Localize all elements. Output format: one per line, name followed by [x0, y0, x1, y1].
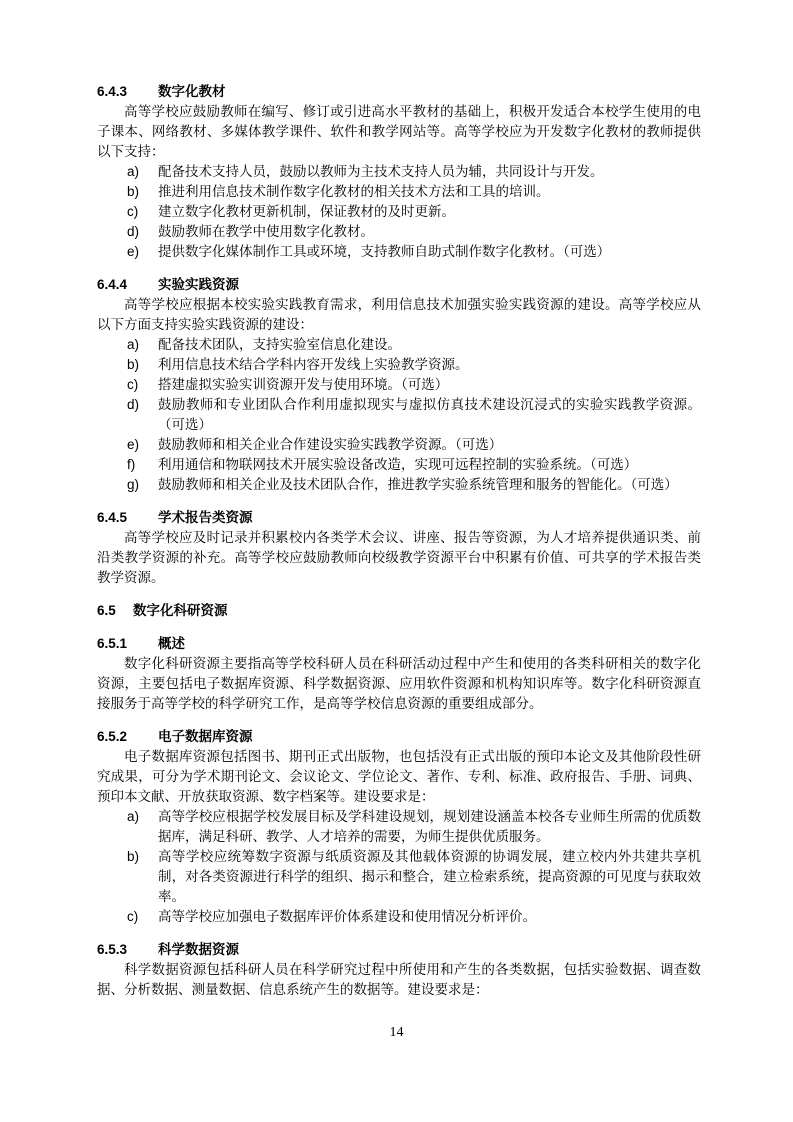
- list-item-label: b): [127, 182, 158, 202]
- list-item-label: f): [127, 455, 158, 475]
- list-item: d) 鼓励教师和专业团队合作利用虚拟现实与虚拟仿真技术建设沉浸式的实验实践教学资…: [97, 395, 701, 435]
- list-item: e) 鼓励教师和相关企业合作建设实验实践教学资源。（可选）: [97, 435, 701, 455]
- paragraph: 高等学校应根据本校实验实践教育需求，利用信息技术加强实验实践资源的建设。高等学校…: [97, 295, 701, 335]
- heading-title: 数字化科研资源: [133, 603, 228, 618]
- list-item-label: b): [127, 355, 158, 375]
- list-item-label: c): [127, 202, 158, 222]
- section-heading-6-4-5: 6.4.5学术报告类资源: [97, 508, 701, 528]
- list-item: f) 利用通信和物联网技术开展实验设备改造，实现可远程控制的实验系统。（可选）: [97, 455, 701, 475]
- list-item-text: 高等学校应统筹数字资源与纸质资源及其他载体资源的协调发展，建立校内外共建共享机制…: [158, 847, 701, 907]
- paragraph: 电子数据库资源包括图书、期刊正式出版物，也包括没有正式出版的预印本论文及其他阶段…: [97, 747, 701, 807]
- list-item-label: e): [127, 242, 158, 262]
- heading-number: 6.5: [97, 601, 133, 621]
- list-item-label: g): [127, 475, 158, 495]
- list-item-text: 鼓励教师和相关企业合作建设实验实践教学资源。（可选）: [158, 435, 701, 455]
- list-item-label: c): [127, 907, 158, 927]
- list-item: d) 鼓励教师在教学中使用数字化教材。: [97, 222, 701, 242]
- list-item-label: a): [127, 335, 158, 355]
- list-item: a) 配备技术支持人员，鼓励以教师为主技术支持人员为辅，共同设计与开发。: [97, 162, 701, 182]
- list-item: b) 推进利用信息技术制作数字化教材的相关技术方法和工具的培训。: [97, 182, 701, 202]
- list-item: c) 高等学校应加强电子数据库评价体系建设和使用情况分析评价。: [97, 907, 701, 927]
- list-item-label: d): [127, 395, 158, 435]
- list-item-text: 配备技术支持人员，鼓励以教师为主技术支持人员为辅，共同设计与开发。: [158, 162, 701, 182]
- list-item: g) 鼓励教师和相关企业及技术团队合作，推进教学实验系统管理和服务的智能化。（可…: [97, 475, 701, 495]
- list-item-text: 高等学校应加强电子数据库评价体系建设和使用情况分析评价。: [158, 907, 701, 927]
- list-item-text: 提供数字化媒体制作工具或环境，支持教师自助式制作数字化教材。（可选）: [158, 242, 701, 262]
- list-item: c) 搭建虚拟实验实训资源开发与使用环境。（可选）: [97, 375, 701, 395]
- list-item-label: e): [127, 435, 158, 455]
- list-item: a) 高等学校应根据学校发展目标及学科建设规划，规划建设涵盖本校各专业师生所需的…: [97, 807, 701, 847]
- heading-title: 数字化教材: [158, 84, 226, 99]
- list-item-label: a): [127, 807, 158, 847]
- list-item-label: b): [127, 847, 158, 907]
- list-item-text: 鼓励教师在教学中使用数字化教材。: [158, 222, 701, 242]
- document-body: 6.4.3数字化教材 高等学校应鼓励教师在编写、修订或引进高水平教材的基础上，积…: [97, 82, 701, 1000]
- paragraph: 高等学校应鼓励教师在编写、修订或引进高水平教材的基础上，积极开发适合本校学生使用…: [97, 102, 701, 162]
- list-item-text: 鼓励教师和专业团队合作利用虚拟现实与虚拟仿真技术建设沉浸式的实验实践教学资源。（…: [158, 395, 701, 435]
- heading-title: 学术报告类资源: [158, 510, 253, 525]
- heading-title: 科学数据资源: [158, 942, 239, 957]
- section-heading-6-5-1: 6.5.1概述: [97, 634, 701, 654]
- paragraph: 科学数据资源包括科研人员在科学研究过程中所使用和产生的各类数据，包括实验数据、调…: [97, 960, 701, 1000]
- list-item-text: 利用通信和物联网技术开展实验设备改造，实现可远程控制的实验系统。（可选）: [158, 455, 701, 475]
- paragraph: 数字化科研资源主要指高等学校科研人员在科研活动过程中产生和使用的各类科研相关的数…: [97, 654, 701, 714]
- section-heading-6-5-3: 6.5.3科学数据资源: [97, 940, 701, 960]
- list-item: b) 高等学校应统筹数字资源与纸质资源及其他载体资源的协调发展，建立校内外共建共…: [97, 847, 701, 907]
- list-item-text: 搭建虚拟实验实训资源开发与使用环境。（可选）: [158, 375, 701, 395]
- section-heading-6-4-3: 6.4.3数字化教材: [97, 82, 701, 102]
- heading-number: 6.4.3: [97, 82, 158, 102]
- list-item: a) 配备技术团队，支持实验室信息化建设。: [97, 335, 701, 355]
- lettered-list: a) 高等学校应根据学校发展目标及学科建设规划，规划建设涵盖本校各专业师生所需的…: [97, 807, 701, 927]
- section-heading-6-5: 6.5数字化科研资源: [97, 601, 701, 621]
- section-heading-6-4-4: 6.4.4实验实践资源: [97, 275, 701, 295]
- list-item-text: 鼓励教师和相关企业及技术团队合作，推进教学实验系统管理和服务的智能化。（可选）: [158, 475, 701, 495]
- list-item-label: c): [127, 375, 158, 395]
- heading-number: 6.5.1: [97, 634, 158, 654]
- lettered-list: a) 配备技术支持人员，鼓励以教师为主技术支持人员为辅，共同设计与开发。 b) …: [97, 162, 701, 262]
- list-item-label: a): [127, 162, 158, 182]
- lettered-list: a) 配备技术团队，支持实验室信息化建设。 b) 利用信息技术结合学科内容开发线…: [97, 335, 701, 495]
- heading-number: 6.5.2: [97, 727, 158, 747]
- list-item-text: 配备技术团队，支持实验室信息化建设。: [158, 335, 701, 355]
- list-item-text: 推进利用信息技术制作数字化教材的相关技术方法和工具的培训。: [158, 182, 701, 202]
- heading-number: 6.4.4: [97, 275, 158, 295]
- heading-title: 实验实践资源: [158, 277, 239, 292]
- list-item: b) 利用信息技术结合学科内容开发线上实验教学资源。: [97, 355, 701, 375]
- heading-number: 6.4.5: [97, 508, 158, 528]
- paragraph: 高等学校应及时记录并积累校内各类学术会议、讲座、报告等资源，为人才培养提供通识类…: [97, 528, 701, 588]
- heading-number: 6.5.3: [97, 940, 158, 960]
- page-number: 14: [0, 1024, 793, 1042]
- heading-title: 电子数据库资源: [158, 729, 253, 744]
- heading-title: 概述: [158, 636, 185, 651]
- list-item: c) 建立数字化教材更新机制，保证教材的及时更新。: [97, 202, 701, 222]
- section-heading-6-5-2: 6.5.2电子数据库资源: [97, 727, 701, 747]
- list-item-text: 高等学校应根据学校发展目标及学科建设规划，规划建设涵盖本校各专业师生所需的优质数…: [158, 807, 701, 847]
- list-item-text: 利用信息技术结合学科内容开发线上实验教学资源。: [158, 355, 701, 375]
- list-item: e) 提供数字化媒体制作工具或环境，支持教师自助式制作数字化教材。（可选）: [97, 242, 701, 262]
- list-item-label: d): [127, 222, 158, 242]
- list-item-text: 建立数字化教材更新机制，保证教材的及时更新。: [158, 202, 701, 222]
